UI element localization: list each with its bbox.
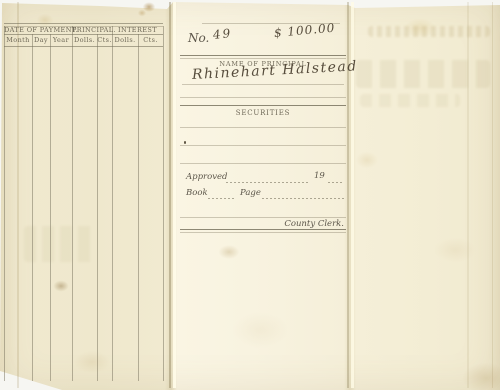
table-column-line: [50, 34, 51, 381]
ink-dot: [184, 141, 186, 144]
column-header-month: Month: [4, 37, 32, 44]
table-column-line: [72, 26, 73, 381]
table-column-line: [112, 26, 113, 381]
book-label: Book: [186, 188, 208, 198]
table-column-line: [163, 26, 164, 381]
scanned-document: DATE OF PAYMENT. PRINCIPAL. INTEREST Mon…: [0, 0, 500, 390]
rule: [180, 229, 346, 230]
column-header-interest-cts: Cts.: [138, 37, 163, 44]
table-column-line: [4, 26, 5, 381]
table-rule: [4, 23, 163, 24]
column-header-year: Year: [50, 37, 72, 44]
table-column-line: [32, 34, 33, 381]
no-label: No.: [188, 31, 209, 45]
table-group-header-interest: INTEREST: [112, 27, 163, 34]
handwritten-number: 49: [212, 26, 233, 42]
table-column-line: [97, 34, 98, 381]
column-header-interest-dolls: Dolls.: [112, 37, 138, 44]
form-card: No. 49 $ 100.00 NAME OF PRINCIPAL Rhineh…: [178, 0, 347, 390]
fill-in-line: [262, 198, 344, 199]
rule: [180, 105, 346, 106]
column-header-principal-cts: Cts.: [97, 37, 112, 44]
rule: [180, 145, 346, 146]
column-header-principal-dolls: Dolls.: [72, 37, 97, 44]
rule: [180, 127, 346, 128]
rule: [180, 163, 346, 164]
rule: [180, 217, 346, 218]
year-prefix: 19: [314, 171, 325, 181]
fill-in-line: [226, 182, 310, 183]
table-group-header-date: DATE OF PAYMENT.: [4, 27, 72, 34]
rule: [182, 84, 344, 85]
county-clerk-label: County Clerk.: [264, 219, 344, 229]
rule: [180, 232, 346, 233]
rule: [180, 97, 346, 98]
rule: [180, 55, 346, 56]
approved-label: Approved: [186, 172, 227, 182]
table-rule: [4, 46, 163, 47]
securities-label: SECURITIES: [180, 109, 346, 117]
fill-in-line: [328, 182, 344, 183]
payment-table: DATE OF PAYMENT. PRINCIPAL. INTEREST Mon…: [4, 23, 163, 381]
rule: [180, 58, 346, 59]
table-column-line: [138, 34, 139, 381]
table-rule: [4, 34, 163, 35]
page-label: Page: [240, 188, 261, 198]
column-header-day: Day: [32, 37, 50, 44]
fill-in-line: [208, 198, 236, 199]
table-group-header-principal: PRINCIPAL.: [72, 27, 112, 34]
